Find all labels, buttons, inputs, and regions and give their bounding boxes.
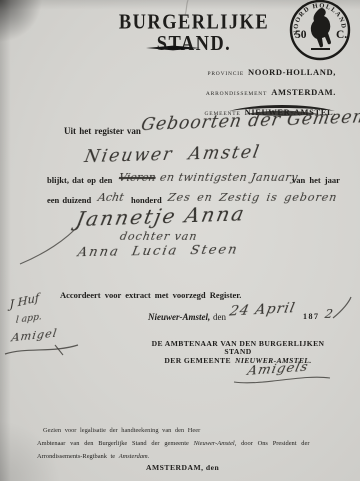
province-label: Provincie [207,71,244,77]
legalisation-line2-b: door Ons President der [241,440,309,447]
mother-name-handwritten: Anna Lucia Steen [76,244,239,260]
dateline-year-printed: 187 [303,313,320,321]
revenue-stamp: NOORD HOLLAND 50 C. [285,0,355,67]
arrondissement-label: Arrondissement [206,91,267,97]
scanned-certificate: BURGERLIJKE STAND. NOORD HOLLAND 50 C. P… [0,0,360,481]
stamp-value-left: 50 [295,29,307,41]
register-printed-text: Uit het register van [64,127,141,136]
dateline-den-printed: den [213,313,226,322]
province-value: NOORD-HOLLAND, [248,67,336,77]
margin-note-line2-handwritten: l app. [15,313,42,325]
pen-flourish-descender [18,222,82,266]
century-handwritten: Acht [97,192,125,203]
birth-year-handwritten: Zes en Zestig is geboren [167,192,338,203]
child-name-handwritten: Jannetje Anna [74,203,247,229]
legalisation-line2-place: Nieuwer-Amstel, [194,440,237,447]
duizend-printed-text: een duizend [47,196,91,205]
stamp-lion-crest-icon [311,8,331,47]
official-signature-flourish [232,372,332,386]
legalisation-line3-place: Amsterdam. [119,453,149,460]
dateline-flourish [331,296,353,320]
legalisation-line3-a: Arrondissements-Regtbank te [37,453,115,460]
official-title-line2-prefix: DER GEMEENTE [164,356,231,365]
legalisation-line2-a: Ambtenaar van den Burgerlijke Stand der … [37,440,189,447]
extract-certification-text: Accordeert voor extract met voorzegd Reg… [60,291,241,300]
relation-handwritten: dochter van [119,231,198,242]
legalisation-line2: Ambtenaar van den Burgerlijke Stand der … [37,441,333,447]
jaar-printed-text: van het jaar [292,176,340,185]
legalisation-line3: Arrondissements-Regtbank te Amsterdam. [37,454,149,460]
legalisation-line1: Gezien voor legalisatie der handteekenin… [43,428,200,434]
blijkt-printed-text: blijkt, dat op den [47,176,112,185]
dateline-place-printed: Nieuwer-Amstel, [148,313,210,322]
legalisation-footer: AMSTERDAM, den [146,464,219,472]
arrondissement-value: AMSTERDAM. [271,87,336,97]
stamp-value-right: C. [336,29,347,41]
struck-date-word-handwritten: Vieren [118,172,157,183]
dateline-day-month-handwritten: 24 April [228,301,296,318]
title-divider-rule [146,45,200,51]
margin-signature-flourish [3,344,81,358]
margin-signature-handwritten: Amigel [11,328,58,344]
municipality-handwritten: Nieuwer Amstel [83,145,262,167]
margin-note-line1-handwritten: J Huf [10,293,40,311]
birth-date-handwritten: en twintigsten January [159,172,299,183]
register-type-handwritten: Geboorten der Gemeente [140,109,360,134]
